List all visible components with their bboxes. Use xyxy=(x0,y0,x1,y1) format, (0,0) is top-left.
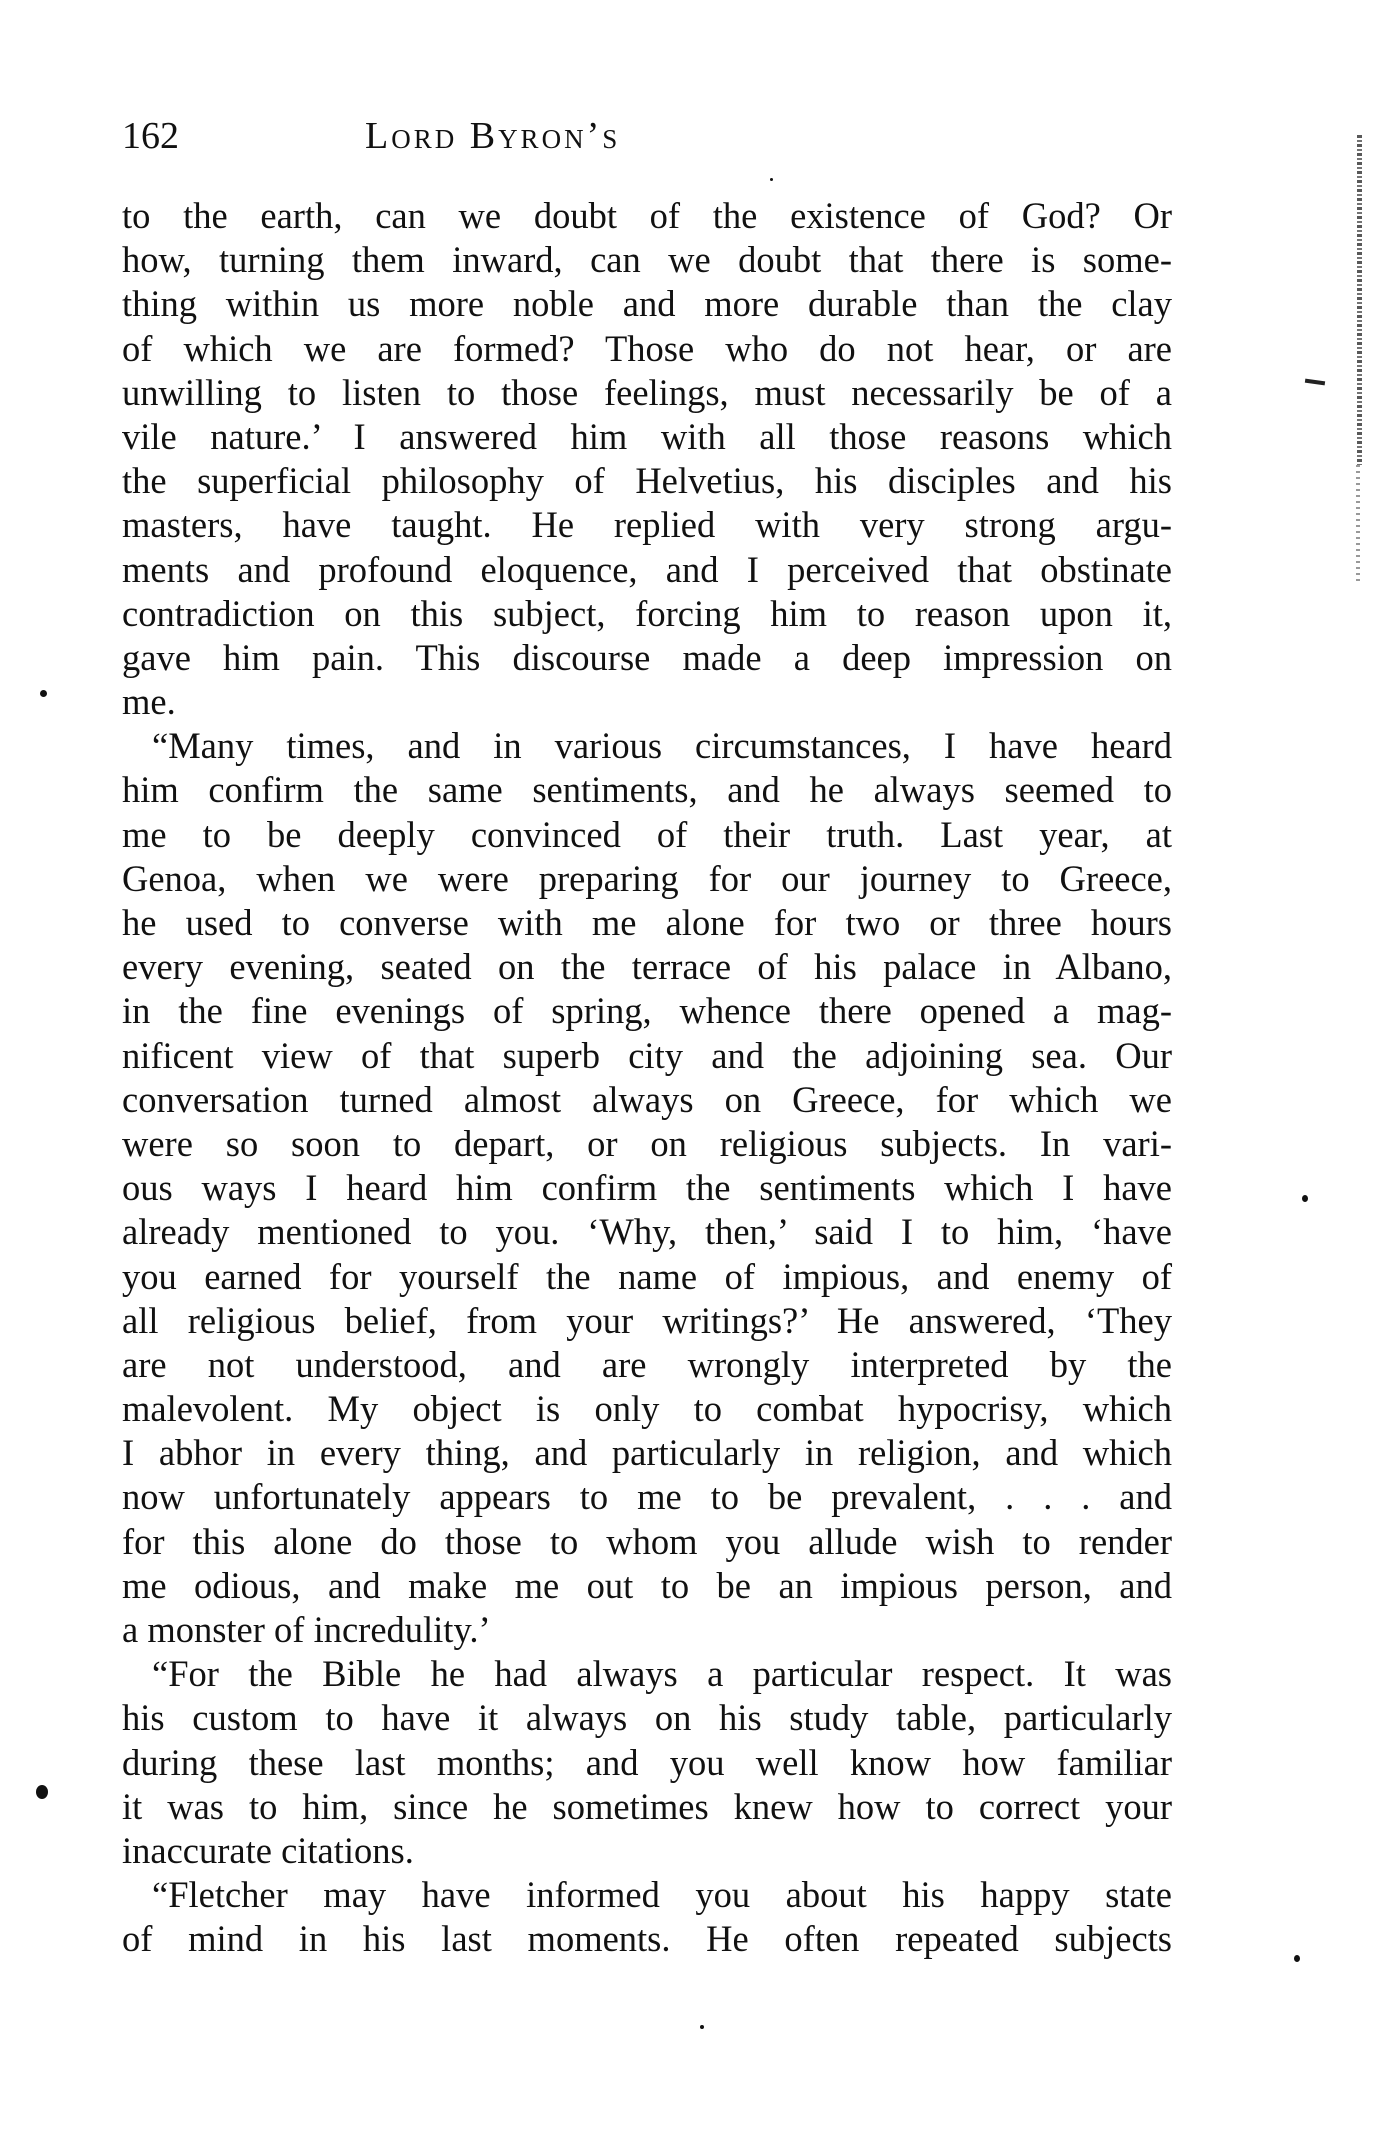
text-line: he used to converse with me alone for tw… xyxy=(122,901,1172,945)
text-line: inaccurate citations. xyxy=(122,1829,1172,1873)
text-line: ous ways I heard him confirm the sentime… xyxy=(122,1166,1172,1210)
text-line: during these last months; and you well k… xyxy=(122,1741,1172,1785)
text-line: how, turning them inward, can we doubt t… xyxy=(122,238,1172,282)
text-line: nificent view of that superb city and th… xyxy=(122,1034,1172,1078)
text-line: to the earth, can we doubt of the existe… xyxy=(122,194,1172,238)
scan-speck xyxy=(36,1785,48,1799)
text-line: “For the Bible he had always a particula… xyxy=(122,1652,1172,1696)
text-line: were so soon to depart, or on religious … xyxy=(122,1122,1172,1166)
text-line: I abhor in every thing, and particularly… xyxy=(122,1431,1172,1475)
text-line: me odious, and make me out to be an impi… xyxy=(122,1564,1172,1608)
text-line: it was to him, since he sometimes knew h… xyxy=(122,1785,1172,1829)
running-title: Lord Byron’s xyxy=(365,108,620,164)
text-line: already mentioned to you. ‘Why, then,’ s… xyxy=(122,1210,1172,1254)
text-line: Genoa, when we were preparing for our jo… xyxy=(122,857,1172,901)
text-line: his custom to have it always on his stud… xyxy=(122,1696,1172,1740)
text-line: unwilling to listen to those feelings, m… xyxy=(122,371,1172,415)
text-line: gave him pain. This discourse made a dee… xyxy=(122,636,1172,680)
text-line: in the fine evenings of spring, whence t… xyxy=(122,989,1172,1033)
scan-speck xyxy=(700,2025,704,2029)
book-page: 162 Lord Byron’s to the earth, can we do… xyxy=(0,0,1384,2137)
text-line: you earned for yourself the name of impi… xyxy=(122,1255,1172,1299)
page-header: 162 Lord Byron’s xyxy=(122,108,1172,164)
text-line: thing within us more noble and more dura… xyxy=(122,282,1172,326)
text-line: for this alone do those to whom you allu… xyxy=(122,1520,1172,1564)
text-line: all religious belief, from your writings… xyxy=(122,1299,1172,1343)
text-line: malevolent. My object is only to combat … xyxy=(122,1387,1172,1431)
body-text: to the earth, can we doubt of the existe… xyxy=(122,194,1172,1962)
text-line: of mind in his last moments. He often re… xyxy=(122,1917,1172,1961)
scan-speck xyxy=(770,178,773,181)
scan-speck xyxy=(1302,1195,1308,1202)
text-line: him confirm the same sentiments, and he … xyxy=(122,768,1172,812)
scan-speck xyxy=(1294,1955,1300,1962)
text-line: ments and profound eloquence, and I perc… xyxy=(122,548,1172,592)
text-line: contradiction on this subject, forcing h… xyxy=(122,592,1172,636)
text-line: “Fletcher may have informed you about hi… xyxy=(122,1873,1172,1917)
page-number: 162 xyxy=(122,108,179,164)
text-line: are not understood, and are wrongly inte… xyxy=(122,1343,1172,1387)
text-line: of which we are formed? Those who do not… xyxy=(122,327,1172,371)
text-line: “Many times, and in various circumstance… xyxy=(122,724,1172,768)
text-line: a monster of incredulity.’ xyxy=(122,1608,1172,1652)
text-line: every evening, seated on the terrace of … xyxy=(122,945,1172,989)
text-line: conversation turned almost always on Gre… xyxy=(122,1078,1172,1122)
text-line: vile nature.’ I answered him with all th… xyxy=(122,415,1172,459)
text-line: me to be deeply convinced of their truth… xyxy=(122,813,1172,857)
binding-edge-artifact xyxy=(1357,135,1362,465)
binding-edge-artifact xyxy=(1356,465,1360,585)
scan-speck xyxy=(40,690,47,697)
scan-mark xyxy=(1305,379,1325,386)
text-line: now unfortunately appears to me to be pr… xyxy=(122,1475,1172,1519)
text-line: masters, have taught. He replied with ve… xyxy=(122,503,1172,547)
text-line: me. xyxy=(122,680,1172,724)
text-line: the superficial philosophy of Helvetius,… xyxy=(122,459,1172,503)
